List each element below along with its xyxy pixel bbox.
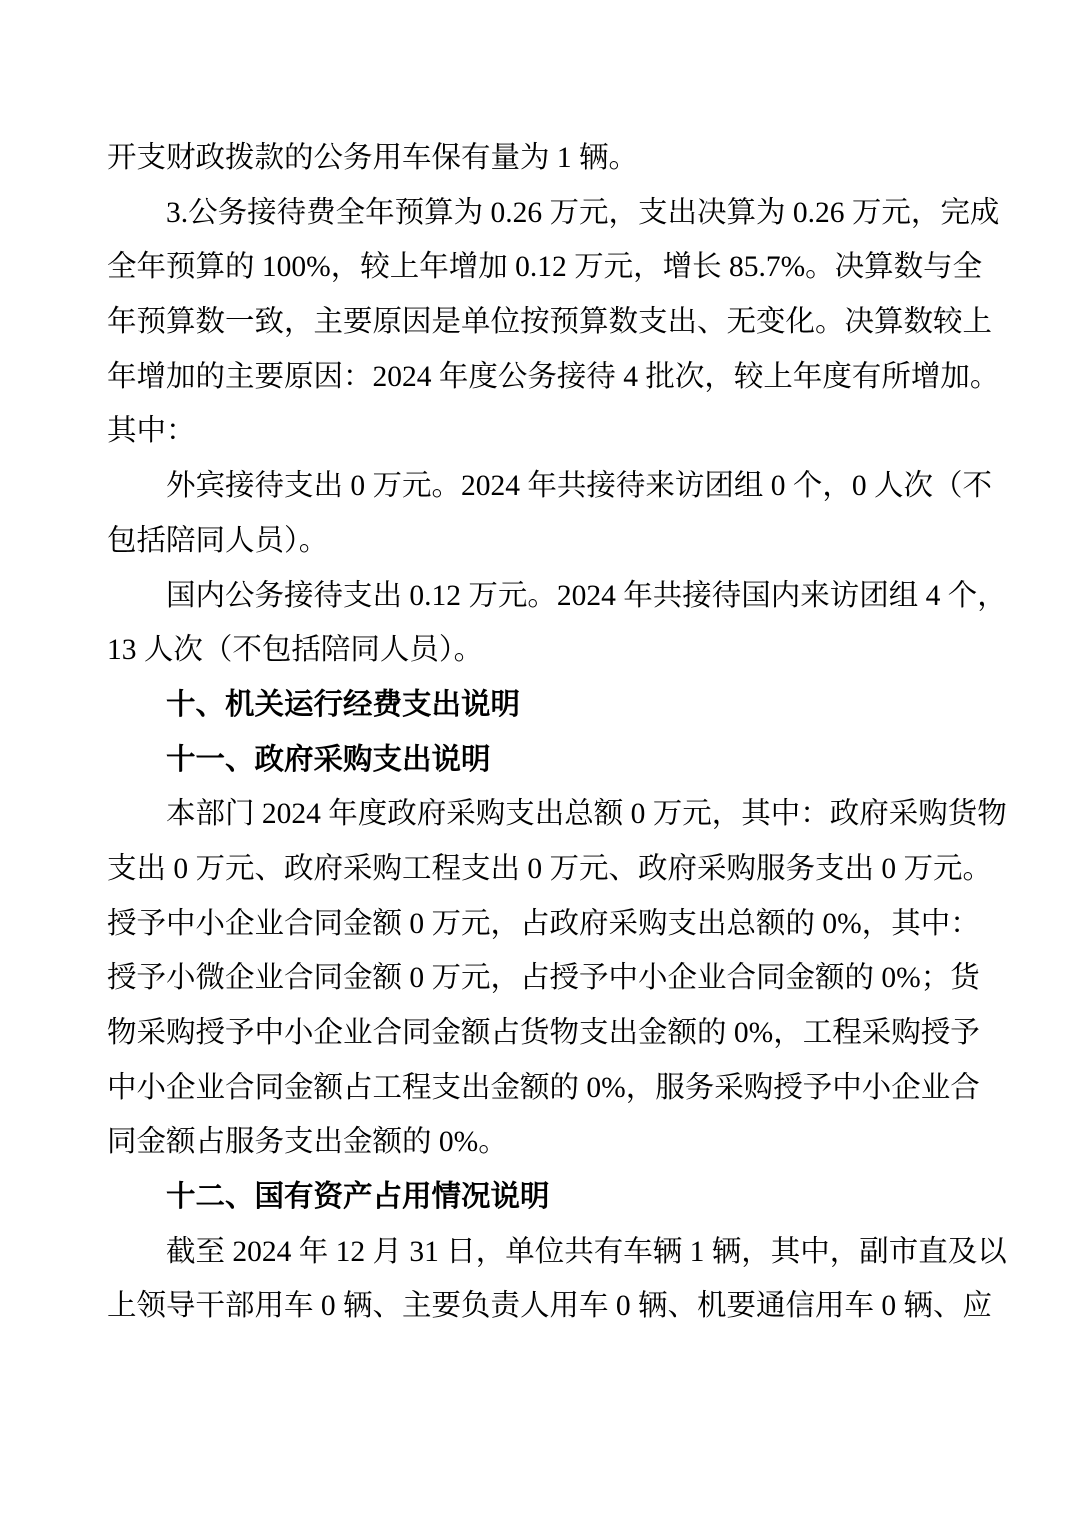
document-text-block: 开支财政拨款的公务用车保有量为 1 辆。3.公务接待费全年预算为 0.26 万元… xyxy=(107,131,967,1334)
text-line-1: 3.公务接待费全年预算为 0.26 万元，支出决算为 0.26 万元，完成 xyxy=(107,186,967,241)
document-page: 开支财政拨款的公务用车保有量为 1 辆。3.公务接待费全年预算为 0.26 万元… xyxy=(0,0,1074,1520)
text-line-8: 国内公务接待支出 0.12 万元。2024 年共接待国内来访团组 4 个， xyxy=(107,569,967,624)
text-line-21: 上领导干部用车 0 辆、主要负责人用车 0 辆、机要通信用车 0 辆、应 xyxy=(107,1279,967,1334)
text-line-7: 包括陪同人员）。 xyxy=(107,514,967,569)
text-line-19: 十二、国有资产占用情况说明 xyxy=(107,1170,967,1225)
text-line-17: 中小企业合同金额占工程支出金额的 0%，服务采购授予中小企业合 xyxy=(107,1061,967,1116)
text-line-20: 截至 2024 年 12 月 31 日，单位共有车辆 1 辆，其中，副市直及以 xyxy=(107,1225,967,1280)
text-line-11: 十一、政府采购支出说明 xyxy=(107,733,967,788)
text-line-3: 年预算数一致，主要原因是单位按预算数支出、无变化。决算数较上 xyxy=(107,295,967,350)
text-line-18: 同金额占服务支出金额的 0%。 xyxy=(107,1115,967,1170)
text-line-4: 年增加的主要原因：2024 年度公务接待 4 批次，较上年度有所增加。 xyxy=(107,350,967,405)
text-line-12: 本部门 2024 年度政府采购支出总额 0 万元，其中：政府采购货物 xyxy=(107,787,967,842)
text-line-2: 全年预算的 100%，较上年增加 0.12 万元，增长 85.7%。决算数与全 xyxy=(107,240,967,295)
text-line-16: 物采购授予中小企业合同金额占货物支出金额的 0%，工程采购授予 xyxy=(107,1006,967,1061)
text-line-6: 外宾接待支出 0 万元。2024 年共接待来访团组 0 个，0 人次（不 xyxy=(107,459,967,514)
text-line-0: 开支财政拨款的公务用车保有量为 1 辆。 xyxy=(107,131,967,186)
text-line-15: 授予小微企业合同金额 0 万元，占授予中小企业合同金额的 0%；货 xyxy=(107,951,967,1006)
text-line-9: 13 人次（不包括陪同人员）。 xyxy=(107,623,967,678)
text-line-10: 十、机关运行经费支出说明 xyxy=(107,678,967,733)
text-line-5: 其中： xyxy=(107,404,967,459)
text-line-13: 支出 0 万元、政府采购工程支出 0 万元、政府采购服务支出 0 万元。 xyxy=(107,842,967,897)
text-line-14: 授予中小企业合同金额 0 万元，占政府采购支出总额的 0%，其中： xyxy=(107,897,967,952)
